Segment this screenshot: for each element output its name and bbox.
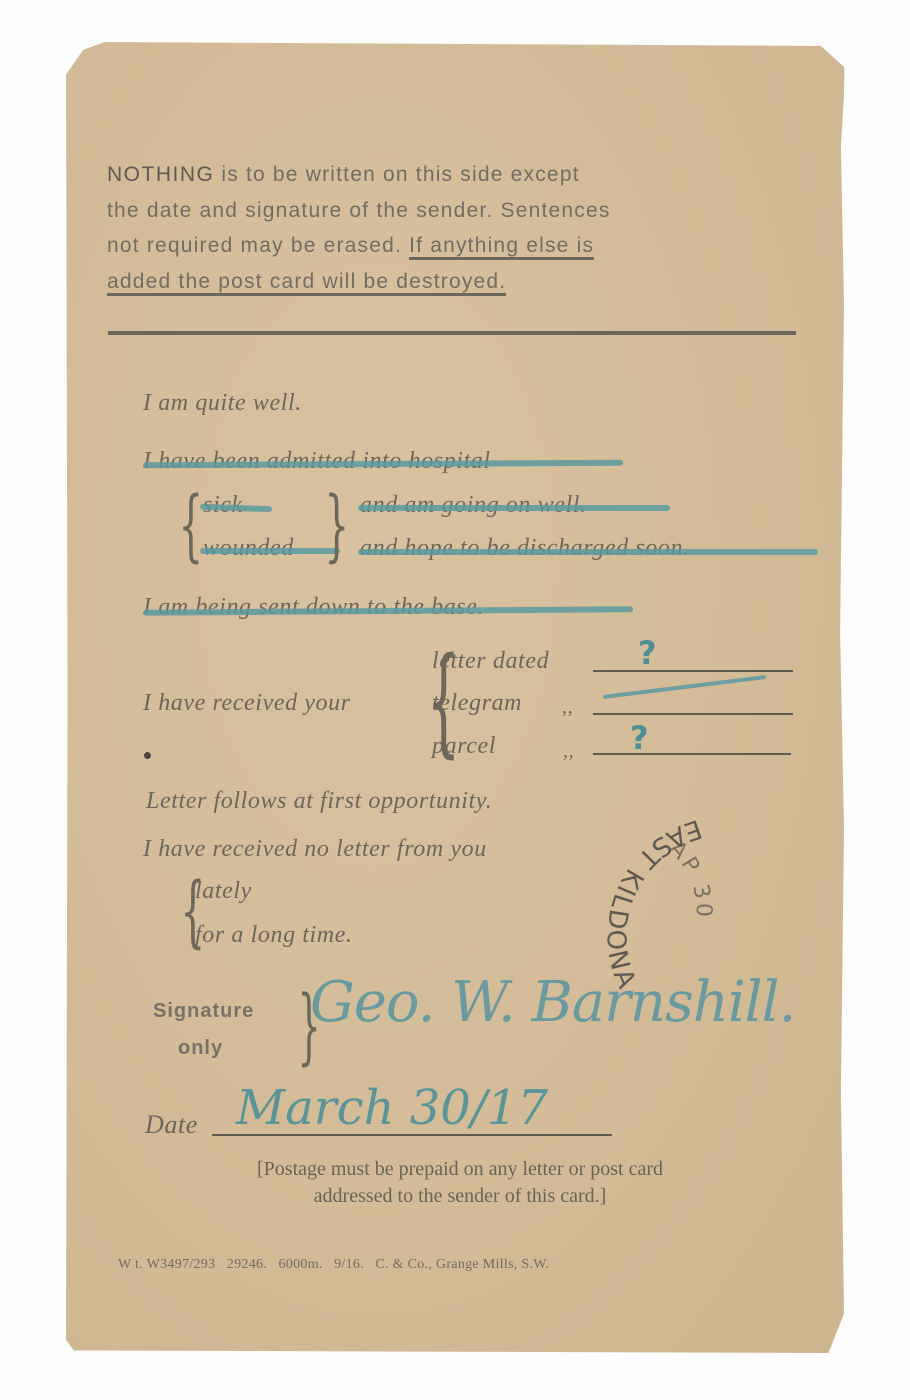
handwritten-question-mark: ? (630, 719, 649, 757)
ink-strikethrough (358, 505, 670, 511)
option-long-time: for a long time. (195, 922, 353, 949)
postmark-date: AP 30 (664, 836, 716, 919)
label-letter-dated: letter dated (432, 648, 549, 675)
ditto-marks: ,, (563, 740, 574, 763)
notice-line-1: is to be written on this side except (214, 163, 579, 186)
printer-imprint: W t. W3497/293 29246. 6000m. 9/16. C. & … (118, 1257, 549, 1273)
right-brace: } (324, 487, 349, 565)
statement-received-your: I have received your (143, 690, 351, 717)
postage-note: [Postage must be prepaid on any letter o… (165, 1156, 755, 1210)
blank-parcel (593, 753, 791, 755)
notice-line-4: added the post card will be destroyed. (107, 264, 799, 300)
warning-underlined: added the post card will be destroyed. (107, 270, 506, 296)
statement-quite-well: I am quite well. (143, 390, 302, 417)
ink-strikethrough (358, 549, 818, 555)
option-lately: lately (195, 878, 252, 905)
svg-text:AP 30: AP 30 (664, 836, 716, 919)
left-brace: { (178, 487, 203, 565)
label-telegram: telegram (432, 690, 522, 717)
blank-telegram (593, 713, 793, 715)
handwritten-question-mark: ? (638, 634, 657, 672)
signature-label-only: only (178, 1037, 223, 1060)
signature-label: Signature (153, 1000, 254, 1023)
warning-underlined: If anything else is (409, 234, 594, 260)
date-label: Date (145, 1110, 198, 1140)
notice-line-2: the date and signature of the sender. Se… (107, 193, 799, 229)
statement-no-letter: I have received no letter from you (143, 836, 487, 863)
ditto-marks: ,, (562, 696, 573, 719)
ink-dot (144, 752, 151, 759)
label-parcel: parcel (432, 733, 496, 760)
notice-paragraph: NOTHING is to be written on this side ex… (107, 157, 799, 299)
blank-letter-dated (593, 670, 793, 672)
handwritten-signature: Geo. W. Barnshill. (310, 970, 795, 1035)
notice-line-3: not required may be erased. If anything … (107, 228, 799, 264)
ink-strikethrough (200, 548, 340, 554)
notice-lead-word: NOTHING (107, 163, 214, 186)
section-divider (108, 331, 796, 335)
statement-letter-follows: Letter follows at first opportunity. (146, 788, 492, 815)
handwritten-date: March 30/17 (236, 1080, 548, 1136)
